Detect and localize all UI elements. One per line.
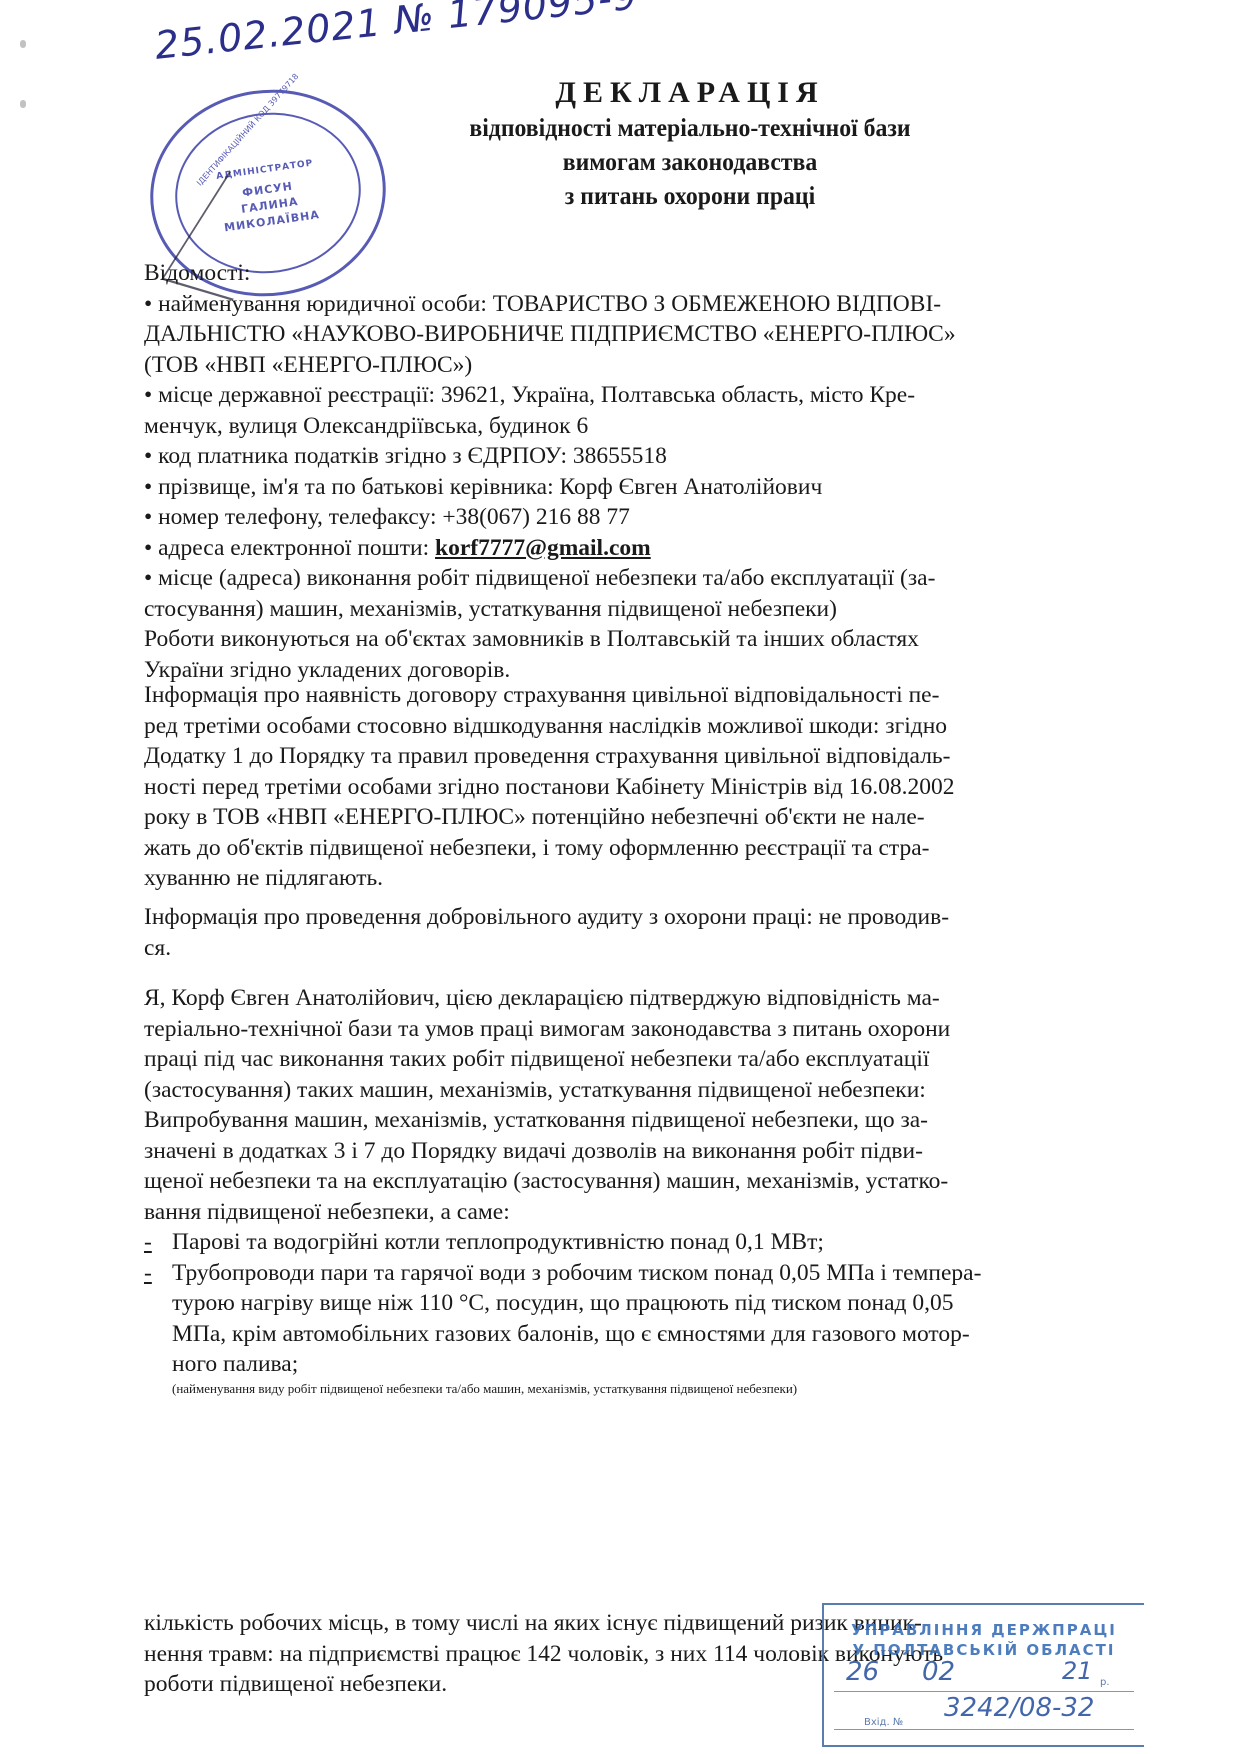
info-line: менчук, вулиця Олександріївська, будинок… bbox=[144, 411, 1129, 442]
equipment-line: МПа, крім автомобільних газових балонів,… bbox=[172, 1319, 1129, 1350]
stamp-year: 21 bbox=[1062, 1657, 1093, 1685]
audit-section: Інформація про проведення добровільного … bbox=[144, 902, 1129, 963]
declaration-line: Випробування машин, механізмів, устатков… bbox=[144, 1105, 1129, 1136]
stamp-divider bbox=[834, 1691, 1134, 1692]
info-heading: Відомості: bbox=[144, 258, 1129, 289]
audit-line: Інформація про проведення добровільного … bbox=[144, 902, 1129, 933]
insurance-line: хуванню не підлягають. bbox=[144, 863, 1129, 894]
info-line: • номер телефону, телефаксу: +38(067) 21… bbox=[144, 502, 1129, 533]
declaration-line: теріально-технічної бази та умов праці в… bbox=[144, 1014, 1129, 1045]
dash-bullet: - bbox=[144, 1258, 152, 1289]
declaration-line: (застосування) таких машин, механізмів, … bbox=[144, 1075, 1129, 1106]
info-line: • місце державної реєстрації: 39621, Укр… bbox=[144, 380, 1129, 411]
document-header: ДЕКЛАРАЦІЯ відповідності матеріально-тех… bbox=[380, 74, 1000, 214]
insurance-line: Інформація про наявність договору страху… bbox=[144, 680, 1129, 711]
equipment-line: турою нагріву вище ніж 110 °С, посудин, … bbox=[172, 1288, 1129, 1319]
insurance-line: жать до об'єктів підвищеної небезпеки, і… bbox=[144, 833, 1129, 864]
email-link[interactable]: korf7777@gmail.com bbox=[435, 535, 651, 561]
email-row: • адреса електронної пошти: korf7777@gma… bbox=[144, 533, 1129, 564]
insurance-line: року в ТОВ «НВП «ЕНЕРГО-ПЛЮС» потенційно… bbox=[144, 802, 1129, 833]
stamp-day: 26 bbox=[846, 1657, 879, 1687]
insurance-line: ред третіми особами стосовно відшкодуван… bbox=[144, 711, 1129, 742]
declaration-line: праці під час виконання таких робіт підв… bbox=[144, 1044, 1129, 1075]
info-line: ДАЛЬНІСТЮ «НАУКОВО-ВИРОБНИЧЕ ПІДПРИЄМСТВ… bbox=[144, 319, 1129, 350]
scan-margin-mark bbox=[20, 40, 26, 48]
equipment-line: ного палива; bbox=[172, 1349, 1129, 1380]
audit-line: ся. bbox=[144, 933, 1129, 964]
document-subtitle-line-2: вимогам законодавства bbox=[396, 146, 985, 180]
footnote-caption: (найменування виду робіт підвищеної небе… bbox=[144, 1380, 1129, 1398]
insurance-section: Інформація про наявність договору страху… bbox=[144, 680, 1129, 894]
insurance-line: ності перед третіми особами згідно поста… bbox=[144, 772, 1129, 803]
info-line: • місце (адреса) виконання робіт підвище… bbox=[144, 563, 1129, 594]
info-line: стосування) машин, механізмів, устаткува… bbox=[144, 594, 1129, 625]
info-line: • прізвище, ім'я та по батькові керівник… bbox=[144, 472, 1129, 503]
document-subtitle-line-3: з питань охорони праці bbox=[396, 180, 985, 214]
info-line: (ТОВ «НВП «ЕНЕРГО-ПЛЮС») bbox=[144, 350, 1129, 381]
stamp-divider bbox=[834, 1729, 1134, 1730]
equipment-line: Парові та водогрійні котли теплопродукти… bbox=[172, 1227, 1129, 1258]
equipment-list-item: - Парові та водогрійні котли теплопродук… bbox=[144, 1227, 1129, 1258]
receipt-registration-stamp: УПРАВЛІННЯ ДЕРЖПРАЦІ У ПОЛТАВСЬКІЙ ОБЛАС… bbox=[822, 1603, 1144, 1747]
stamp-year-suffix: р. bbox=[1100, 1677, 1110, 1688]
equipment-line: Трубопроводи пари та гарячої води з робо… bbox=[172, 1258, 1129, 1289]
stamp-org-line-1: УПРАВЛІННЯ ДЕРЖПРАЦІ bbox=[824, 1621, 1144, 1639]
info-line: Роботи виконуються на об'єктах замовникі… bbox=[144, 624, 1129, 655]
declaration-line: щеної небезпеки та на експлуатацію (заст… bbox=[144, 1166, 1129, 1197]
scan-margin-mark bbox=[20, 100, 26, 108]
handwritten-registration-note: 25.02.2021 № 179095-9 bbox=[153, 0, 640, 68]
insurance-line: Додатку 1 до Порядку та правил проведенн… bbox=[144, 741, 1129, 772]
email-label: • адреса електронної пошти: bbox=[144, 535, 435, 561]
dash-bullet: - bbox=[144, 1227, 152, 1258]
declaration-section: Я, Корф Євген Анатолійович, цією деклара… bbox=[144, 983, 1129, 1398]
declaration-line: вання підвищеної небезпеки, а саме: bbox=[144, 1197, 1129, 1228]
document-title: ДЕКЛАРАЦІЯ bbox=[380, 74, 1000, 112]
info-section: Відомості: • найменування юридичної особ… bbox=[144, 258, 1129, 685]
document-subtitle-line-1: відповідності матеріально-технічної бази bbox=[396, 112, 985, 146]
info-line: • найменування юридичної особи: ТОВАРИСТ… bbox=[144, 289, 1129, 320]
stamp-month: 02 bbox=[922, 1657, 955, 1687]
declaration-line: Я, Корф Євген Анатолійович, цією деклара… bbox=[144, 983, 1129, 1014]
stamp-number-label: Вхід. № bbox=[864, 1717, 903, 1728]
declaration-line: значені в додатках 3 і 7 до Порядку вида… bbox=[144, 1136, 1129, 1167]
equipment-list-item: - Трубопроводи пари та гарячої води з ро… bbox=[144, 1258, 1129, 1380]
declaration-page: 25.02.2021 № 179095-9 ІДЕНТИФІКАЦІЙНИЙ К… bbox=[0, 0, 1240, 1754]
stamp-incoming-number: 3242/08-32 bbox=[944, 1693, 1094, 1723]
info-line: • код платника податків згідно з ЄДРПОУ:… bbox=[144, 441, 1129, 472]
